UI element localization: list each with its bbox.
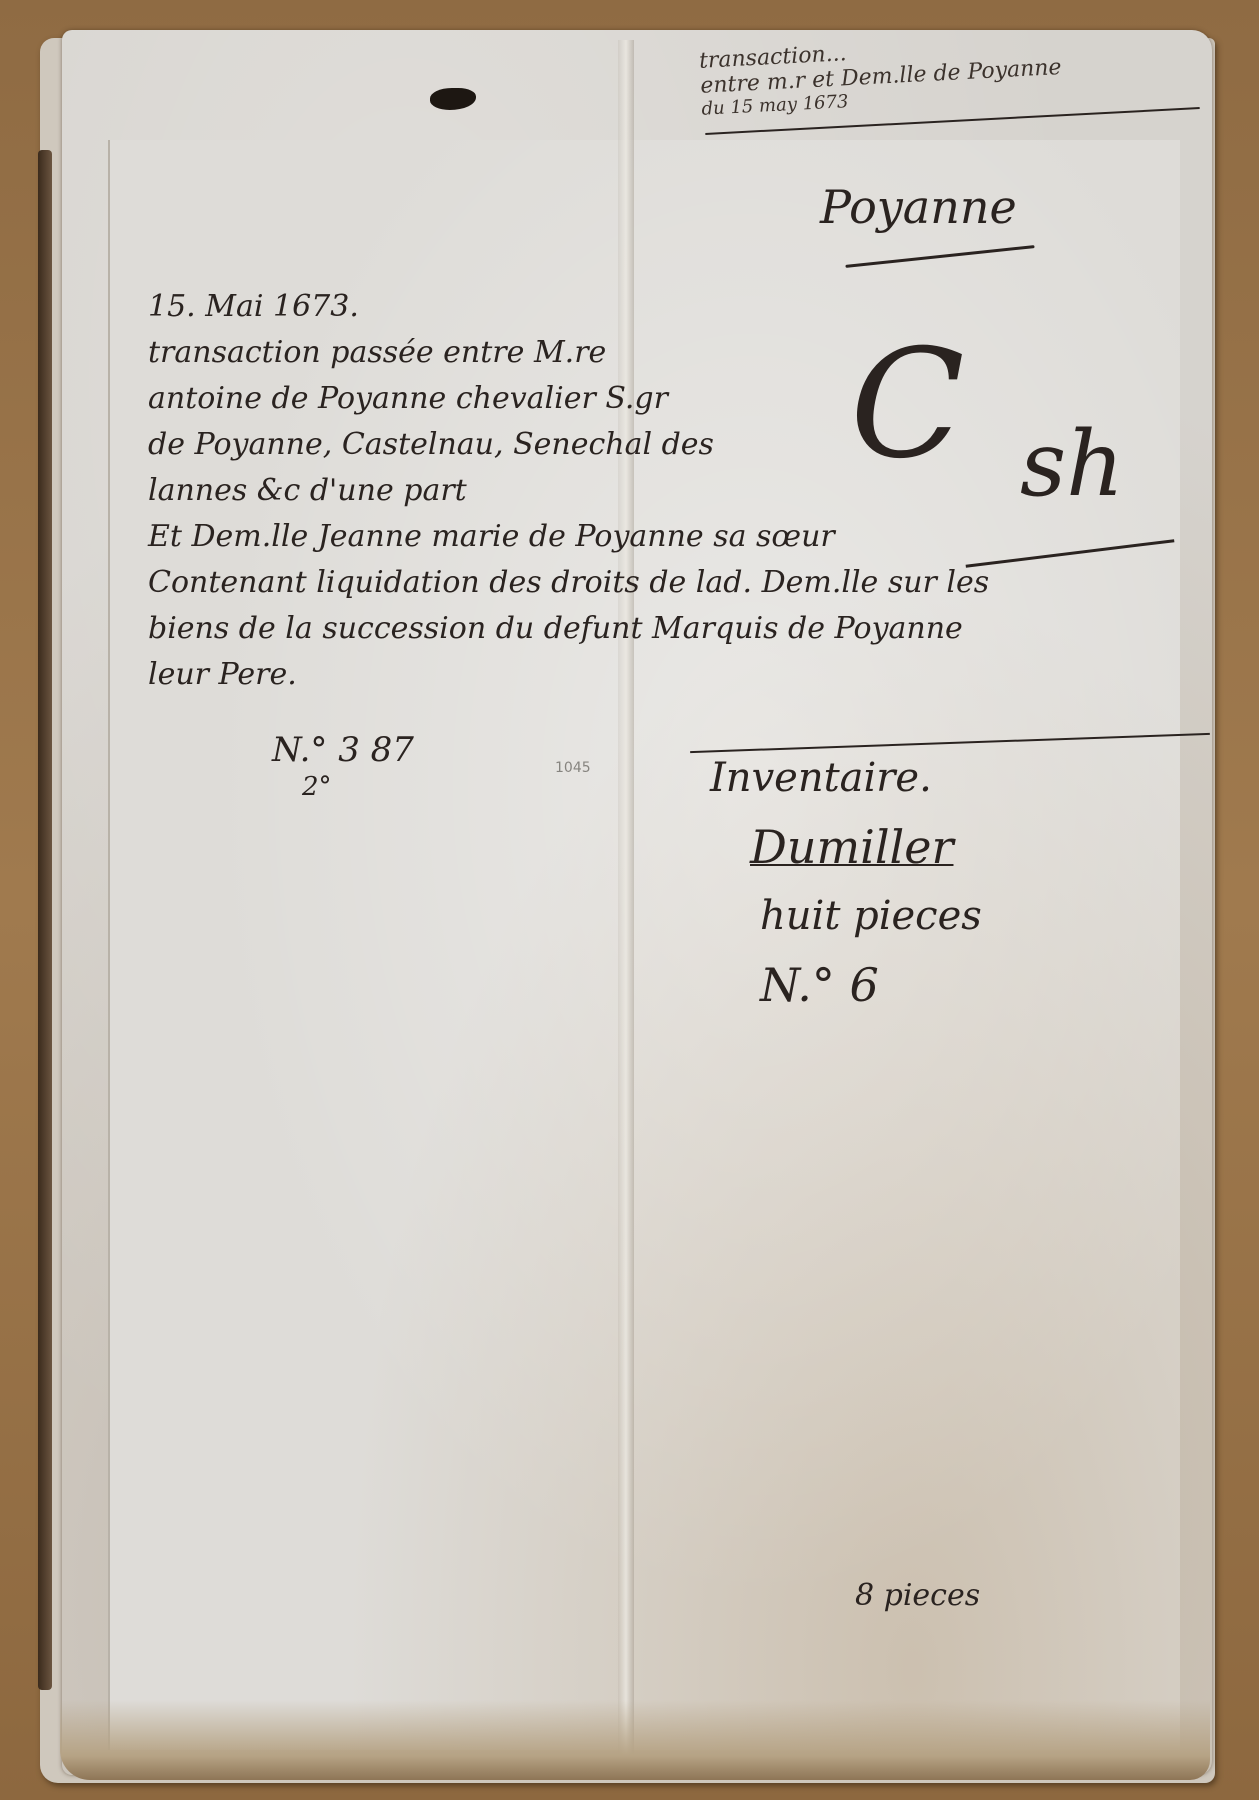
reference-number-sub: 2°: [302, 772, 414, 802]
note-line: biens de la succession du defunt Marquis…: [148, 614, 989, 644]
reference-number-main: N.° 3 87: [272, 730, 414, 770]
archive-note-line: huit pieces: [760, 896, 982, 936]
letter-sh-mark: sh: [1020, 420, 1124, 510]
torn-bottom-edge: [60, 1700, 1210, 1780]
note-line: leur Pere.: [148, 660, 989, 690]
reference-number: N.° 3 87 2°: [272, 730, 414, 802]
archive-note: Inventaire. Dumiller huit pieces N.° 6: [710, 758, 982, 1034]
faint-stamp: 1045: [555, 760, 591, 776]
archive-note-number: N.° 6: [760, 962, 982, 1008]
note-line: Contenant liquidation des droits de lad.…: [148, 568, 989, 598]
sheet-edge-shadow: [38, 150, 52, 1690]
pieces-note: 8 pieces: [855, 1578, 980, 1613]
archive-note-line: Inventaire.: [710, 758, 982, 798]
archive-note-signature: Dumiller: [750, 824, 982, 870]
poyanne-heading: Poyanne: [820, 180, 1017, 234]
note-line: Et Dem.lle Jeanne marie de Poyanne sa sœ…: [148, 522, 989, 552]
letter-c-mark: C: [850, 330, 965, 480]
